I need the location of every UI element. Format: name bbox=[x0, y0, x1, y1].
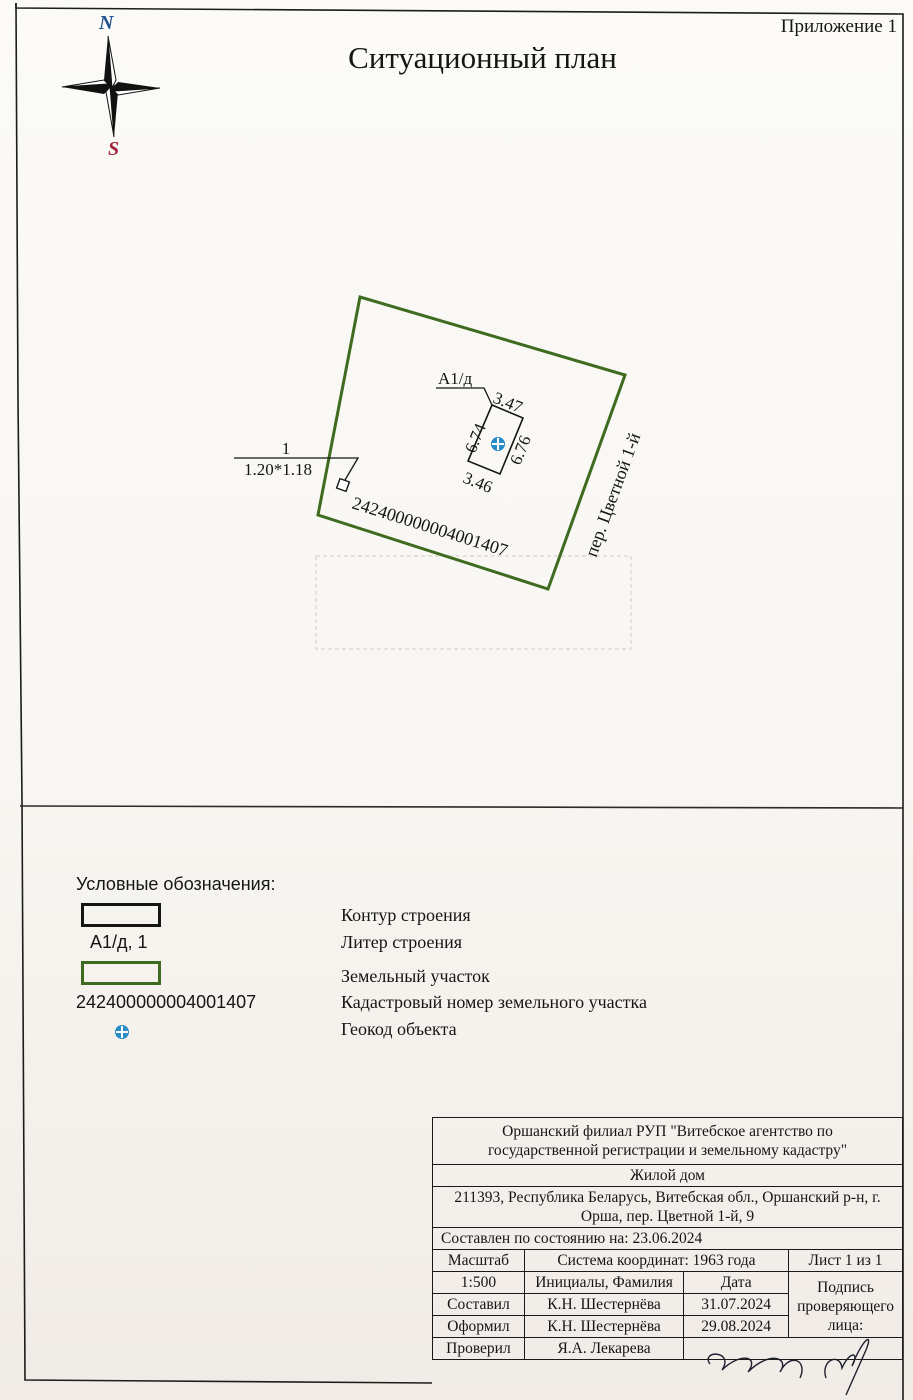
legend-sample-cadastral: 242400000004001407 bbox=[76, 992, 256, 1013]
role-prepared: Оформил bbox=[433, 1316, 525, 1338]
legend-sample-liter: А1/д, 1 bbox=[90, 932, 148, 953]
organization-name: Оршанский филиал РУП "Витебское агентств… bbox=[433, 1118, 903, 1165]
geocode-icon bbox=[491, 437, 505, 451]
scale-value: 1:500 bbox=[433, 1272, 525, 1294]
legend-label-geocode: Геокод объекта bbox=[341, 1019, 457, 1040]
compiled-as-of: Составлен по состоянию на: 23.06.2024 bbox=[433, 1228, 903, 1250]
compass-north-label: N bbox=[99, 12, 113, 35]
column-header-names: Инициалы, Фамилия bbox=[524, 1272, 683, 1294]
legend-geocode-icon bbox=[115, 1025, 129, 1039]
building-liter-label: А1/д bbox=[438, 369, 473, 388]
date-prepared: 29.08.2024 bbox=[684, 1316, 789, 1338]
signature-label: Подпись проверяющего лица: bbox=[789, 1272, 903, 1338]
legend-swatch-land-parcel bbox=[81, 961, 161, 985]
street-label: пер. Цветной 1-й bbox=[581, 430, 644, 560]
role-checked: Проверил bbox=[433, 1338, 525, 1360]
name-prepared: К.Н. Шестернёва bbox=[524, 1316, 683, 1338]
building-side-top: 3.47 bbox=[491, 388, 526, 417]
name-checked: Я.А. Лекарева bbox=[524, 1338, 683, 1360]
legend-swatch-building-outline bbox=[81, 903, 161, 927]
object-type: Жилой дом bbox=[433, 1165, 903, 1187]
legend-label-cadastral: Кадастровый номер земельного участка bbox=[341, 992, 647, 1013]
compass-south-label: S bbox=[108, 138, 119, 161]
signature-cell bbox=[684, 1338, 903, 1360]
building-side-bottom: 3.46 bbox=[461, 468, 496, 497]
legend-title: Условные обозначения: bbox=[76, 874, 275, 895]
building-side-right: 6.76 bbox=[506, 433, 535, 468]
scale-label: Масштаб bbox=[433, 1250, 525, 1272]
name-compiled: К.Н. Шестернёва bbox=[524, 1294, 683, 1316]
legend-label-building-outline: Контур строения bbox=[341, 905, 471, 926]
role-compiled: Составил bbox=[433, 1294, 525, 1316]
object-address: 211393, Республика Беларусь, Витебская о… bbox=[433, 1187, 903, 1228]
column-header-date: Дата bbox=[684, 1272, 789, 1294]
coordinate-system: Система координат: 1963 года bbox=[524, 1250, 788, 1272]
date-compiled: 31.07.2024 bbox=[684, 1294, 789, 1316]
small-structure-liter: 1 bbox=[282, 439, 291, 458]
sheet-number: Лист 1 из 1 bbox=[789, 1250, 903, 1272]
small-structure-dimensions: 1.20*1.18 bbox=[244, 460, 312, 479]
page-title: Ситуационный план bbox=[0, 40, 913, 76]
table-row: Проверил Я.А. Лекарева bbox=[433, 1338, 903, 1360]
title-block: Оршанский филиал РУП "Витебское агентств… bbox=[432, 1117, 903, 1360]
appendix-label: Приложение 1 bbox=[781, 16, 897, 38]
legend-label-liter: Литер строения bbox=[341, 932, 462, 953]
legend-label-land-parcel: Земельный участок bbox=[341, 966, 490, 987]
small-structure-outline[interactable] bbox=[337, 479, 350, 492]
building-side-left: 6.74 bbox=[461, 420, 490, 455]
